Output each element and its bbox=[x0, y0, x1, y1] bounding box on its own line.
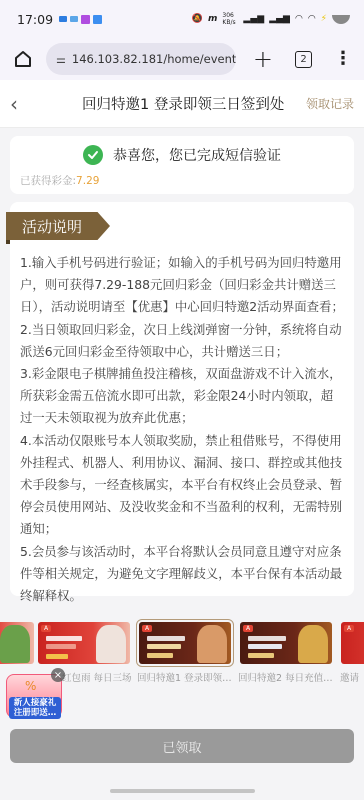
banner-image bbox=[96, 625, 126, 663]
signal-icon: ▂▄▆ bbox=[269, 14, 290, 24]
app-icon bbox=[93, 15, 102, 24]
banner-tag: A bbox=[142, 625, 152, 632]
rule-item: 1.输入手机号码进行验证；如输入的手机号码为回归特邀用户，则可获得7.29-18… bbox=[20, 252, 344, 319]
banner-tag: A bbox=[344, 625, 354, 632]
event-banner[interactable] bbox=[0, 622, 34, 664]
rules-card: 活动说明 1.输入手机号码进行验证；如输入的手机号码为回归特邀用户，则可获得7.… bbox=[10, 202, 354, 596]
mute-icon: 🔕 bbox=[192, 14, 203, 24]
claim-record-link[interactable]: 领取记录 bbox=[306, 95, 354, 112]
banner-text-block bbox=[248, 653, 274, 658]
clock: 17:09 bbox=[17, 12, 53, 27]
banner-text-block bbox=[248, 644, 282, 649]
promo-line2: 注册即送… bbox=[9, 708, 61, 718]
promo-line1: 新人接豪礼 bbox=[9, 698, 61, 708]
check-circle-icon bbox=[83, 145, 103, 165]
message-icon bbox=[59, 16, 67, 22]
net-speed: 306 KB/s bbox=[222, 12, 238, 26]
banner-text-block bbox=[147, 644, 181, 649]
banner-tag: A bbox=[243, 625, 253, 632]
page-title: 回归特邀1 登录即领三日签到处 bbox=[82, 93, 284, 114]
rule-item: 5.会员参与该活动时，本平台将默认会员同意且遵守对应条件等相关规定，为避免文字理… bbox=[20, 541, 344, 608]
earned-amount: 7.29 bbox=[76, 175, 99, 187]
site-settings-icon[interactable]: ⚌ bbox=[56, 53, 66, 66]
home-button[interactable] bbox=[10, 46, 36, 72]
wifi-icon: ◠ bbox=[308, 14, 316, 24]
new-tab-button[interactable]: + bbox=[253, 47, 273, 71]
banner-text-block bbox=[46, 644, 76, 649]
back-button[interactable]: ‹ bbox=[10, 92, 18, 116]
tab-switcher-button[interactable]: 2 bbox=[295, 51, 312, 68]
event-banner[interactable]: A bbox=[341, 622, 364, 664]
close-icon[interactable]: × bbox=[51, 668, 65, 682]
event-banner[interactable]: A bbox=[240, 622, 332, 664]
rule-item: 4.本活动仅限账号本人领取奖励，禁止租借账号，不得使用外挂程式、机器人、利用协议… bbox=[20, 430, 344, 541]
app-icon bbox=[81, 15, 90, 24]
banner-text-block bbox=[248, 636, 286, 641]
claimed-button[interactable]: 已领取 bbox=[10, 729, 354, 763]
ribbon-fold bbox=[6, 240, 10, 244]
charging-icon: ⚡ bbox=[321, 14, 327, 24]
banner-text-block bbox=[147, 636, 185, 641]
page-header: ‹ 回归特邀1 登录即领三日签到处 领取记录 bbox=[0, 80, 364, 128]
banner-label[interactable]: 回归特邀2 每日充值… bbox=[238, 670, 333, 684]
verification-message: 恭喜您，您已完成短信验证 bbox=[113, 145, 281, 165]
rules-text: 1.输入手机号码进行验证；如输入的手机号码为回归特邀用户，则可获得7.29-18… bbox=[20, 252, 344, 607]
home-icon bbox=[13, 49, 33, 69]
rule-item: 3.彩金限电子棋牌捕鱼投注稽核，双面盘游戏不计入流水，所获彩金需五倍流水即可出款… bbox=[20, 363, 344, 430]
banner-image bbox=[298, 625, 328, 663]
app-icon bbox=[70, 16, 78, 22]
url-text: 146.103.82.181/home/event/det... bbox=[72, 52, 236, 66]
battery-icon bbox=[332, 15, 350, 24]
earned-bonus: 已获得彩金:7.29 bbox=[20, 173, 99, 188]
gesture-bar[interactable] bbox=[110, 789, 255, 793]
banner-tag: A bbox=[41, 625, 51, 632]
rules-heading: 活动说明 bbox=[6, 212, 110, 240]
banner-label[interactable]: 回归特邀1 登录即领… bbox=[137, 670, 232, 684]
event-banner[interactable]: A bbox=[38, 622, 130, 664]
banner-label[interactable]: 红包雨 每日三场 bbox=[62, 670, 132, 684]
rule-item: 2.当日领取回归彩金，次日上线浏弹窗一分钟，系统将自动派送6元回归彩金至待领取中… bbox=[20, 319, 344, 363]
new-user-promo-float[interactable]: % 新人接豪礼 注册即送… × bbox=[6, 668, 64, 718]
banner-text-block bbox=[46, 654, 68, 659]
signal-icon: ▂▄▆ bbox=[243, 14, 264, 24]
promo-text: 新人接豪礼 注册即送… bbox=[9, 697, 61, 719]
address-bar[interactable]: ⚌ 146.103.82.181/home/event/det... bbox=[46, 43, 236, 75]
banner-text-block bbox=[147, 653, 173, 658]
browser-toolbar: ⚌ 146.103.82.181/home/event/det... + 2 ⋮ bbox=[0, 38, 364, 80]
earned-label: 已获得彩金: bbox=[20, 175, 76, 187]
banner-label[interactable]: 邀请 bbox=[340, 670, 359, 684]
menu-button[interactable]: ⋮ bbox=[334, 50, 352, 68]
event-banner-selected[interactable]: A bbox=[139, 622, 231, 664]
banner-image bbox=[197, 625, 227, 663]
wifi-icon: ◠ bbox=[295, 14, 303, 24]
banner-text-block bbox=[46, 636, 82, 641]
verification-card: 恭喜您，您已完成短信验证 已获得彩金:7.29 bbox=[10, 136, 354, 194]
status-bar: 17:09 🔕 m 306 KB/s ▂▄▆ ▂▄▆ ◠ ◠ ⚡ bbox=[0, 0, 364, 38]
nfc-icon: m bbox=[208, 14, 217, 24]
percent-icon: % bbox=[25, 679, 36, 693]
banner-image bbox=[0, 625, 30, 663]
